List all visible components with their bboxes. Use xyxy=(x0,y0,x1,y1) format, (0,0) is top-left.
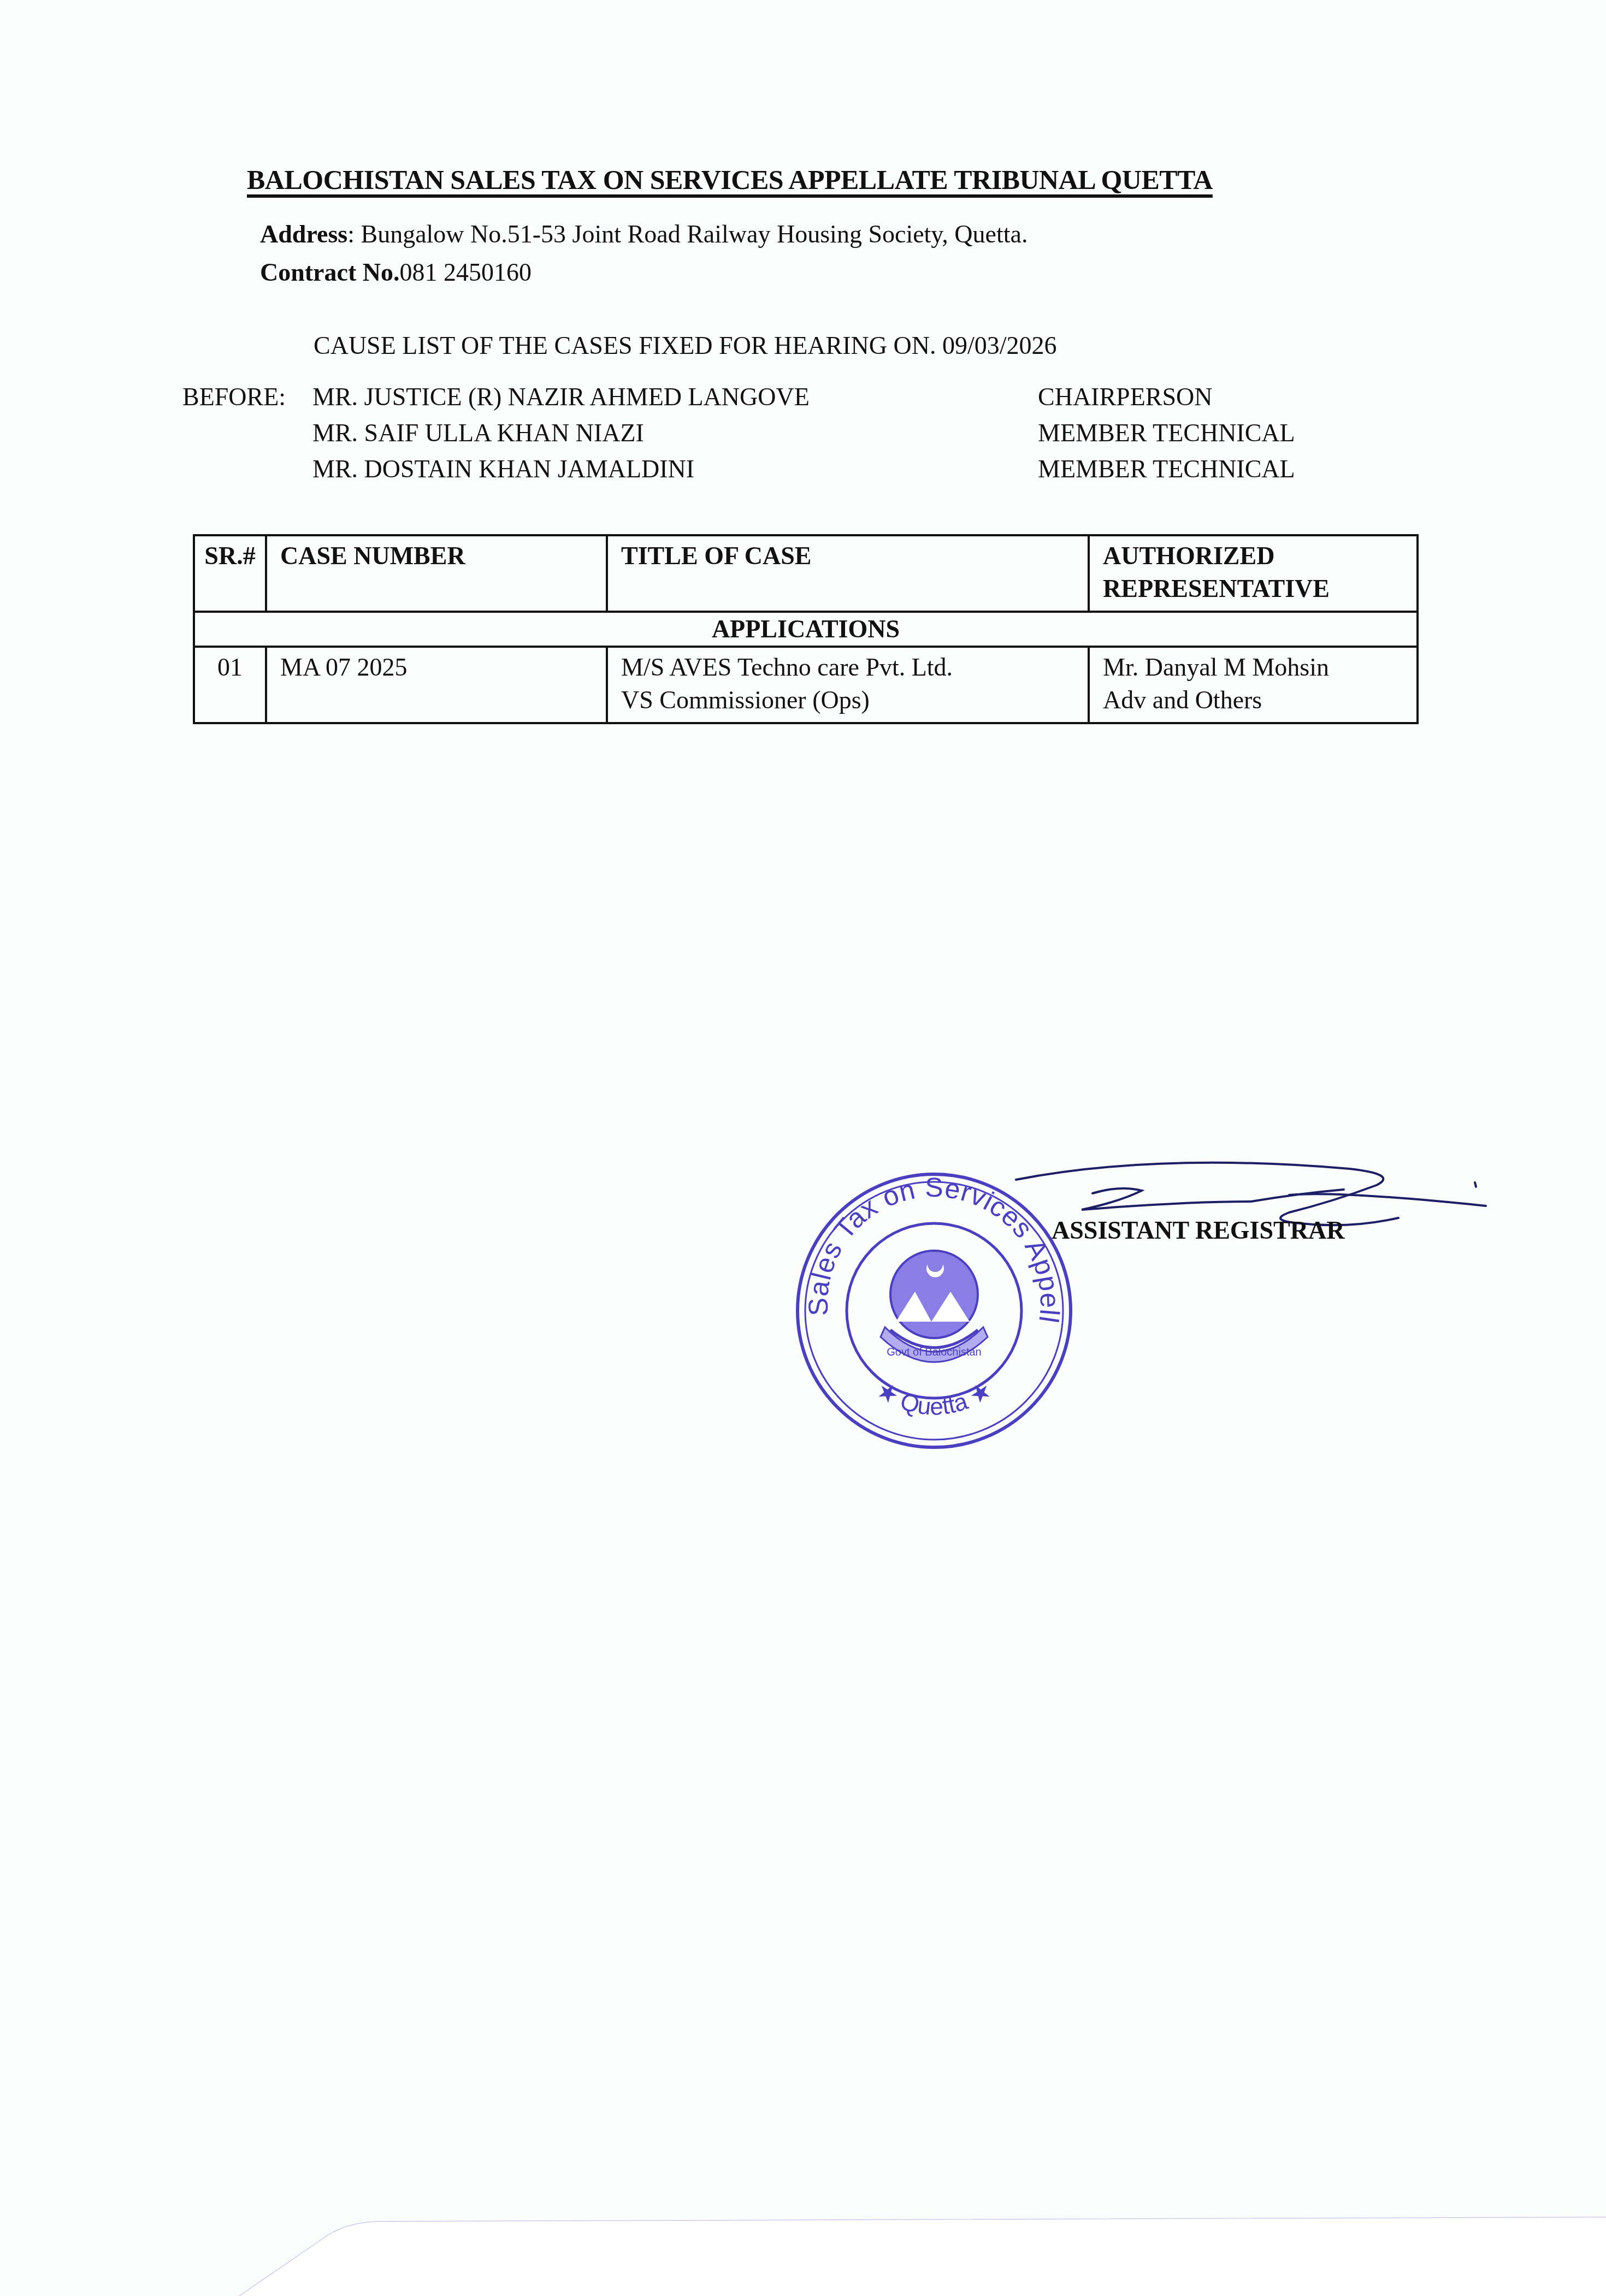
member-name: MR. DOSTAIN KHAN JAMALDINI xyxy=(312,454,694,483)
member-name: MR. SAIF ULLA KHAN NIAZI xyxy=(312,418,644,447)
cause-list-table: SR.# CASE NUMBER TITLE OF CASE AUTHORIZE… xyxy=(193,534,1419,724)
table-header-row: SR.# CASE NUMBER TITLE OF CASE AUTHORIZE… xyxy=(194,535,1418,612)
address-value: : Bungalow No.51-53 Joint Road Railway H… xyxy=(347,220,1028,248)
header-title-of-case: TITLE OF CASE xyxy=(607,535,1089,612)
header-case-number: CASE NUMBER xyxy=(266,535,607,612)
emblem-icon xyxy=(881,1251,988,1362)
address-line: Address: Bungalow No.51-53 Joint Road Ra… xyxy=(260,220,1028,248)
stamp-bottom-text: ★ Quetta ★ xyxy=(871,1376,997,1420)
assistant-registrar-label: ASSISTANT REGISTRAR xyxy=(1052,1216,1344,1245)
page-curl-edge xyxy=(235,2206,1606,2296)
contact-label: Contract No. xyxy=(260,258,400,286)
rep-line: Adv and Others xyxy=(1103,684,1403,717)
section-label: APPLICATIONS xyxy=(194,612,1418,647)
header-authorized-representative: AUTHORIZED REPRESENTATIVE xyxy=(1089,535,1418,612)
contact-value: 081 2450160 xyxy=(400,258,532,286)
contact-line: Contract No.081 2450160 xyxy=(260,258,532,287)
member-role: MEMBER TECHNICAL xyxy=(1038,454,1295,483)
title-line: VS Commissioner (Ops) xyxy=(621,684,1074,717)
cell-case-number: MA 07 2025 xyxy=(266,647,607,723)
cell-representative: Mr. Danyal M Mohsin Adv and Others xyxy=(1089,647,1418,723)
cause-list-heading: CAUSE LIST OF THE CASES FIXED FOR HEARIN… xyxy=(314,331,1057,360)
tribunal-title: BALOCHISTAN SALES TAX ON SERVICES APPELL… xyxy=(247,164,1213,196)
rep-line: Mr. Danyal M Mohsin xyxy=(1103,651,1403,684)
cell-sr: 01 xyxy=(194,647,266,723)
emblem-text: Govt of Balochistan xyxy=(887,1346,981,1358)
section-row: APPLICATIONS xyxy=(194,612,1418,647)
table-row: 01 MA 07 2025 M/S AVES Techno care Pvt. … xyxy=(194,647,1418,723)
address-label: Address xyxy=(260,220,347,248)
header-sr: SR.# xyxy=(194,535,266,612)
member-role: CHAIRPERSON xyxy=(1038,382,1213,411)
title-line: M/S AVES Techno care Pvt. Ltd. xyxy=(621,651,1074,684)
member-name: MR. JUSTICE (R) NAZIR AHMED LANGOVE xyxy=(312,382,810,411)
cell-title: M/S AVES Techno care Pvt. Ltd. VS Commis… xyxy=(607,647,1089,723)
bench-prefix: BEFORE: xyxy=(182,382,286,411)
member-role: MEMBER TECHNICAL xyxy=(1038,418,1295,447)
svg-text:★ Quetta ★: ★ Quetta ★ xyxy=(871,1376,997,1420)
